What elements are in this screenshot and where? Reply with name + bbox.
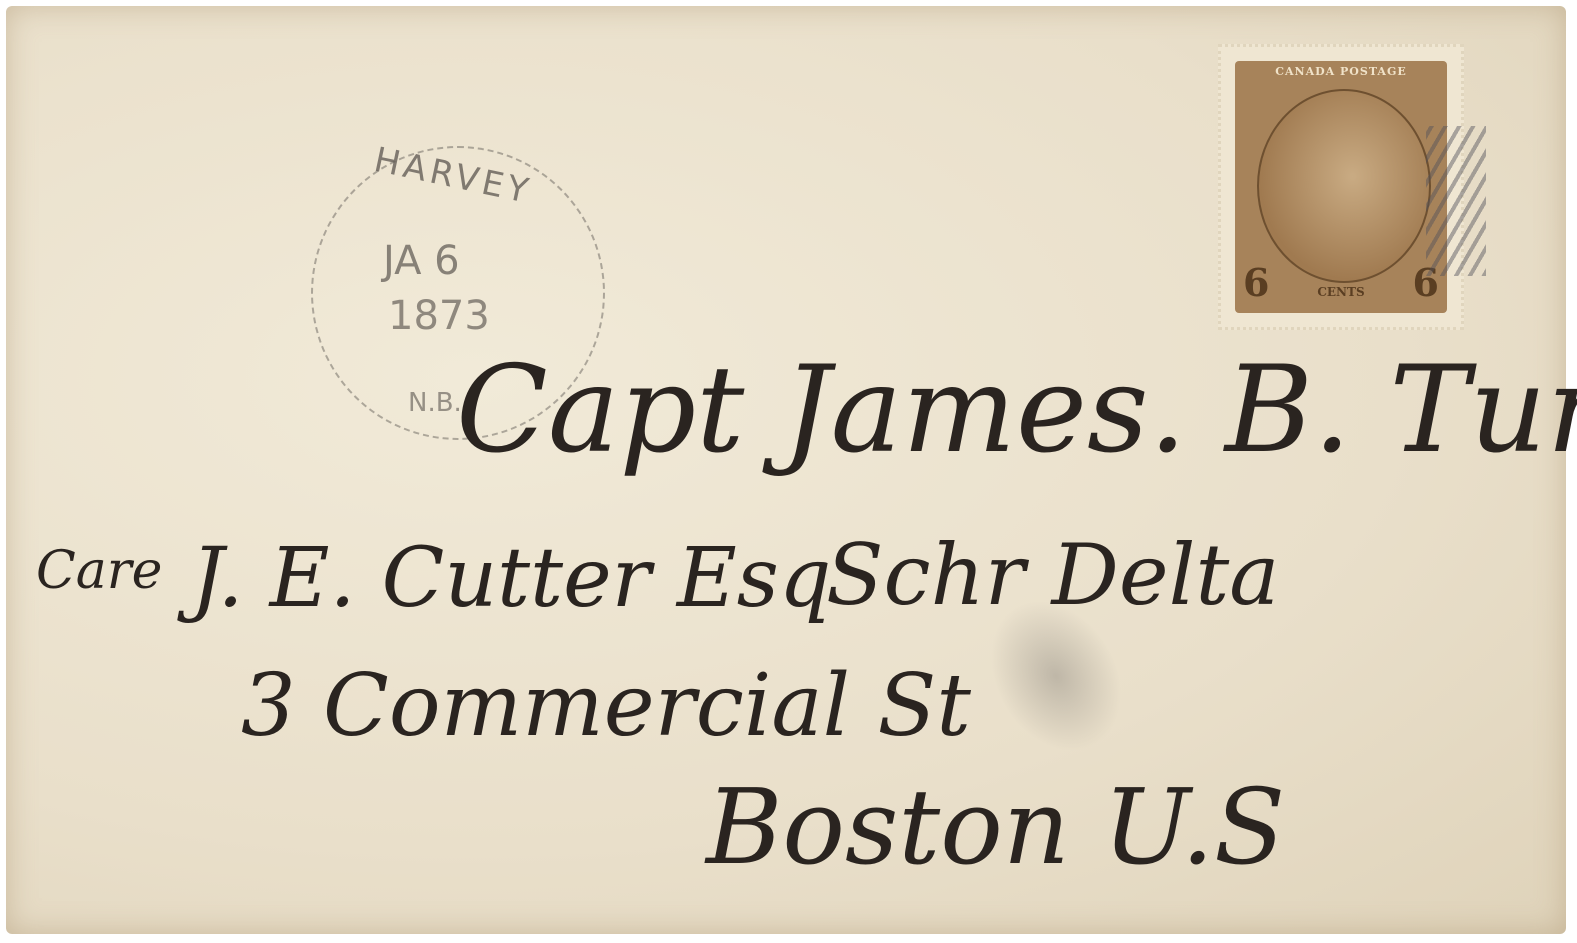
care-of-label: Care [36, 541, 162, 601]
stamp-face: CANADA POSTAGE 6 CENTS 6 [1235, 61, 1447, 313]
city: Boston U.S [706, 766, 1285, 888]
postmark-town: HARVEY [371, 140, 536, 212]
stamp-country: CANADA POSTAGE [1235, 65, 1447, 78]
postmark-date: JA 6 [383, 238, 460, 284]
envelope: HARVEY JA 6 1873 N.B. CANADA POSTAGE 6 C… [6, 6, 1566, 934]
queen-portrait-icon [1257, 89, 1431, 283]
addressee-name: Capt James. B. Turner [456, 341, 1577, 480]
postmark-year: 1873 [388, 293, 490, 339]
vessel-name: Schr Delta [826, 526, 1279, 624]
postmark-province: N.B. [408, 388, 462, 418]
street-address: 3 Commercial St [241, 656, 971, 756]
care-of-name: J. E. Cutter Esq [191, 531, 831, 626]
cancellation-bars [1426, 126, 1486, 276]
